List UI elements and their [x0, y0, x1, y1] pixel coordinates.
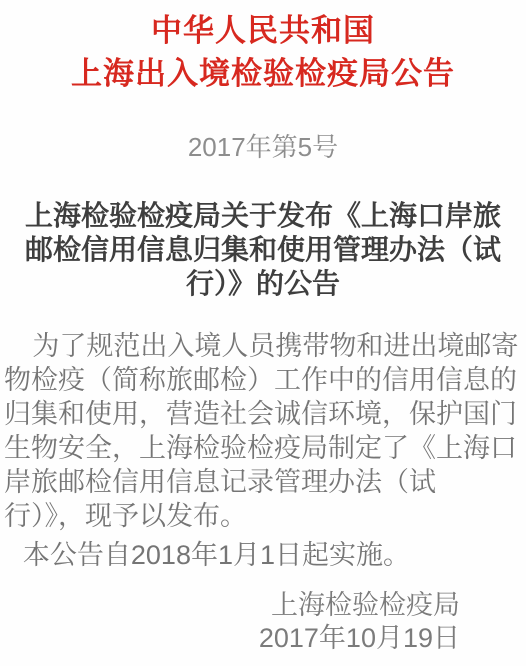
- signature-date: 2017年10月19日: [0, 622, 460, 655]
- header-bureau-line: 上海出入境检验检疫局公告: [0, 52, 526, 95]
- header-country-line: 中华人民共和国: [0, 9, 526, 52]
- announcement-page: 中华人民共和国 上海出入境检验检疫局公告 2017年第5号 上海检验检疫局关于发…: [0, 0, 526, 666]
- announcement-heading: 上海检验检疫局关于发布《上海口岸旅 邮检信用信息归集和使用管理办法（试 行）》的…: [0, 199, 526, 301]
- signer-name: 上海检验检疫局: [0, 589, 460, 622]
- body-line-1: 为了规范出入境人员携带物和进出境邮寄: [4, 329, 522, 363]
- signature-block: 上海检验检疫局 2017年10月19日: [0, 589, 526, 655]
- heading-line-3: 行）》的公告: [0, 267, 526, 301]
- body-line-3: 归集和使用，营造社会诚信环境，保护国门: [4, 397, 522, 431]
- body-paragraph-1: 为了规范出入境人员携带物和进出境邮寄 物检疫（简称旅邮检）工作中的信用信息的 归…: [0, 329, 526, 533]
- body-line-5: 岸旅邮检信用信息记录管理办法（试: [4, 465, 522, 499]
- body-line-2: 物检疫（简称旅邮检）工作中的信用信息的: [4, 363, 522, 397]
- body-line-4: 生物安全，上海检验检疫局制定了《上海口: [4, 431, 522, 465]
- heading-line-2: 邮检信用信息归集和使用管理办法（试: [0, 233, 526, 267]
- issue-number: 2017年第5号: [0, 131, 526, 163]
- effective-date-line: 本公告自2018年1月1日起实施。: [0, 538, 526, 572]
- heading-line-1: 上海检验检疫局关于发布《上海口岸旅: [0, 199, 526, 233]
- announcement-header: 中华人民共和国 上海出入境检验检疫局公告: [0, 0, 526, 95]
- body-line-6: 行）》，现予以发布。: [4, 499, 522, 533]
